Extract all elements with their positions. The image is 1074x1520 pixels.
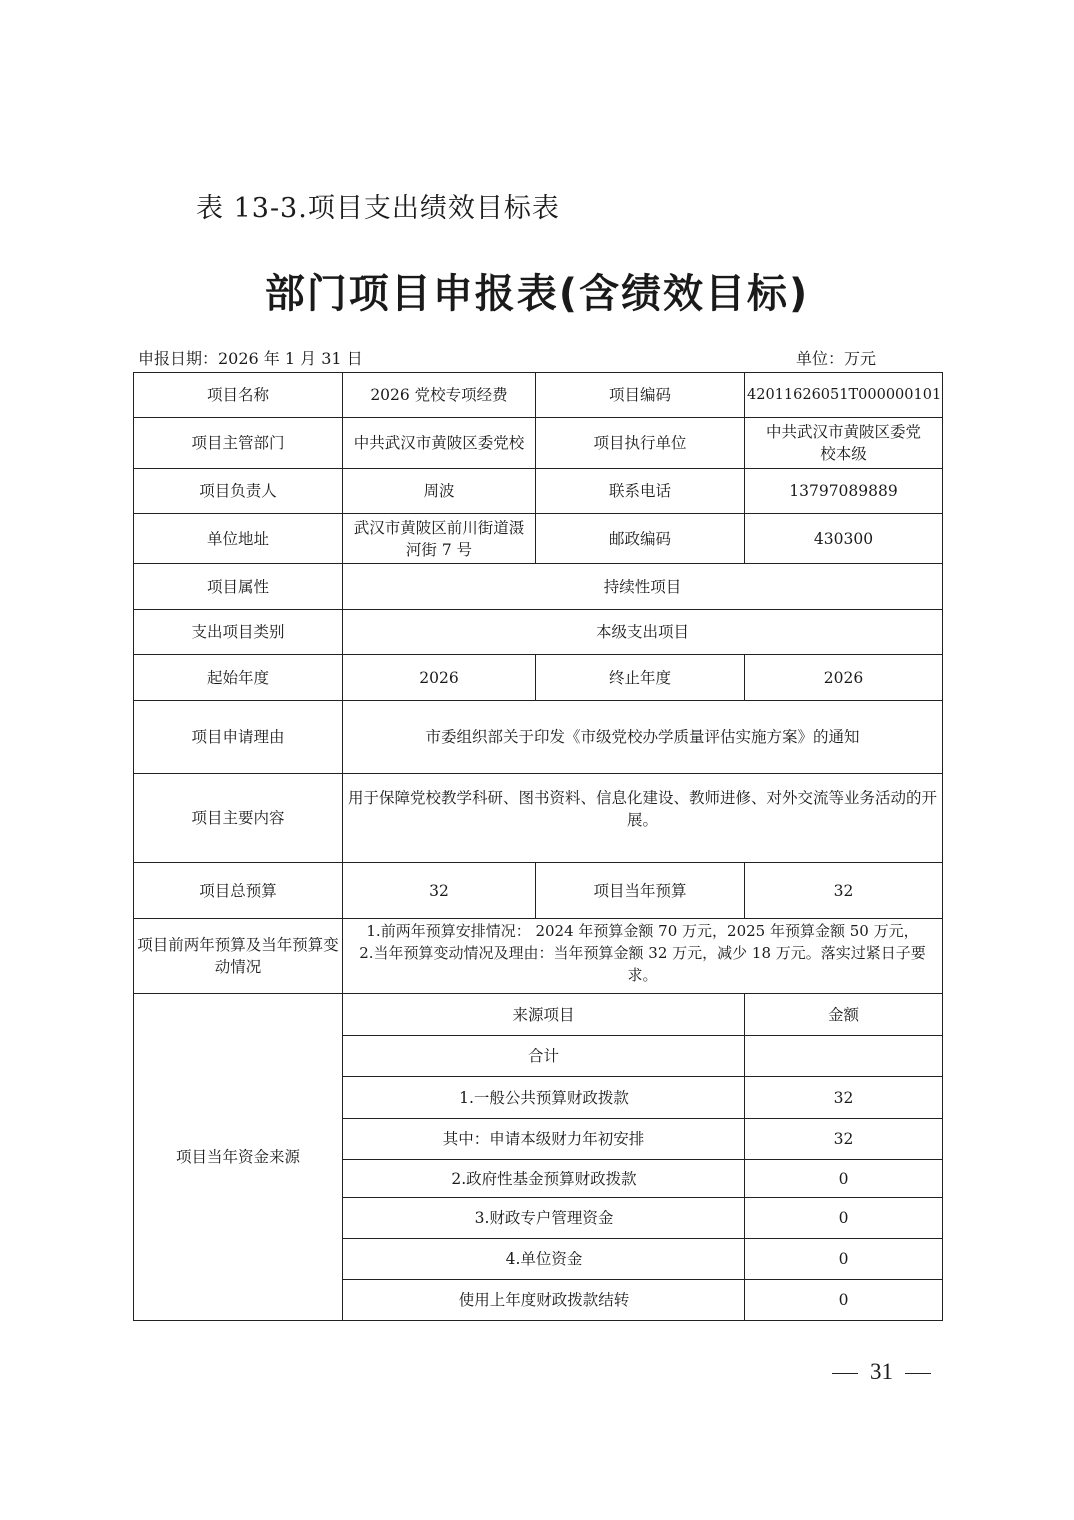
total-budget-label: 项目总预算 [134,863,343,919]
year-budget-label: 项目当年预算 [536,863,745,919]
funding-amount: 0 [745,1280,943,1321]
dash-left [832,1373,858,1375]
category-label: 支出项目类别 [134,610,343,655]
year-budget-value: 32 [745,863,943,919]
table-row: 项目负责人 周波 联系电话 13797089889 [134,469,943,514]
funding-amount [745,1036,943,1077]
total-budget-value: 32 [343,863,536,919]
attribute-value: 持续性项目 [343,564,943,610]
funding-amount: 0 [745,1160,943,1198]
funding-source: 使用上年度财政拨款结转 [343,1280,745,1321]
content-label: 项目主要内容 [134,774,343,863]
funding-amount: 0 [745,1198,943,1239]
history-label: 项目前两年预算及当年预算变动情况 [134,919,343,994]
funding-amount: 32 [745,1077,943,1119]
funding-section-label: 项目当年资金来源 [134,994,343,1321]
funding-amount: 32 [745,1119,943,1160]
table-row: 项目主要内容 用于保障党校教学科研、图书资料、信息化建设、教师进修、对外交流等业… [134,774,943,863]
history-value: 1.前两年预算安排情况： 2024 年预算金额 70 万元，2025 年预算金额… [343,919,943,994]
table-row: 支出项目类别 本级支出项目 [134,610,943,655]
history-line-2: 2.当年预算变动情况及理由：当年预算金额 32 万元，减少 18 万元。落实过紧… [347,942,938,986]
funding-source: 其中：申请本级财力年初安排 [343,1119,745,1160]
unit-label: 单位：万元 [796,346,876,369]
start-year-value: 2026 [343,655,536,701]
start-year-label: 起始年度 [134,655,343,701]
address-value: 武汉市黄陂区前川街道滠河街 7 号 [343,514,536,564]
content-value: 用于保障党校教学科研、图书资料、信息化建设、教师进修、对外交流等业务活动的开展。 [343,774,943,863]
funding-source: 4.单位资金 [343,1239,745,1280]
postcode-label: 邮政编码 [536,514,745,564]
dept-label: 项目主管部门 [134,418,343,469]
postcode-value: 430300 [745,514,943,564]
funding-source: 2.政府性基金预算财政拨款 [343,1160,745,1198]
exec-unit-label: 项目执行单位 [536,418,745,469]
page-number-value: 31 [870,1359,893,1384]
project-name-label: 项目名称 [134,373,343,418]
table-row: 项目申请理由 市委组织部关于印发《市级党校办学质量评估实施方案》的通知 [134,701,943,774]
funding-source: 合计 [343,1036,745,1077]
reason-label: 项目申请理由 [134,701,343,774]
reason-value: 市委组织部关于印发《市级党校办学质量评估实施方案》的通知 [343,701,943,774]
phone-label: 联系电话 [536,469,745,514]
report-date: 申报日期：2026 年 1 月 31 日 [138,346,363,369]
category-value: 本级支出项目 [343,610,943,655]
table-row: 项目属性 持续性项目 [134,564,943,610]
table-row: 起始年度 2026 终止年度 2026 [134,655,943,701]
end-year-label: 终止年度 [536,655,745,701]
owner-value: 周波 [343,469,536,514]
exec-unit-value: 中共武汉市黄陂区委党校本级 [745,418,943,469]
funding-source: 1.一般公共预算财政拨款 [343,1077,745,1119]
funding-header-source: 来源项目 [343,994,745,1036]
project-name-value: 2026 党校专项经费 [343,373,536,418]
dash-right [905,1373,931,1375]
document-section-label: 表 13-3.项目支出绩效目标表 [196,186,560,225]
page-title: 部门项目申报表(含绩效目标) [0,262,1074,319]
funding-header-amount: 金额 [745,994,943,1036]
project-code-label: 项目编码 [536,373,745,418]
project-code-value: 42011626051T000000101 [745,373,943,418]
project-application-table: 项目名称 2026 党校专项经费 项目编码 42011626051T000000… [133,372,943,1321]
table-row: 项目前两年预算及当年预算变动情况 1.前两年预算安排情况： 2024 年预算金额… [134,919,943,994]
table-row: 项目总预算 32 项目当年预算 32 [134,863,943,919]
owner-label: 项目负责人 [134,469,343,514]
table-row: 项目当年资金来源 来源项目 金额 [134,994,943,1036]
phone-value: 13797089889 [745,469,943,514]
page-number: 31 [820,1359,943,1385]
end-year-value: 2026 [745,655,943,701]
address-label: 单位地址 [134,514,343,564]
table-row: 项目主管部门 中共武汉市黄陂区委党校 项目执行单位 中共武汉市黄陂区委党校本级 [134,418,943,469]
table-row: 项目名称 2026 党校专项经费 项目编码 42011626051T000000… [134,373,943,418]
attribute-label: 项目属性 [134,564,343,610]
funding-amount: 0 [745,1239,943,1280]
funding-source: 3.财政专户管理资金 [343,1198,745,1239]
dept-value: 中共武汉市黄陂区委党校 [343,418,536,469]
table-row: 单位地址 武汉市黄陂区前川街道滠河街 7 号 邮政编码 430300 [134,514,943,564]
history-line-1: 1.前两年预算安排情况： 2024 年预算金额 70 万元，2025 年预算金额… [347,920,938,942]
